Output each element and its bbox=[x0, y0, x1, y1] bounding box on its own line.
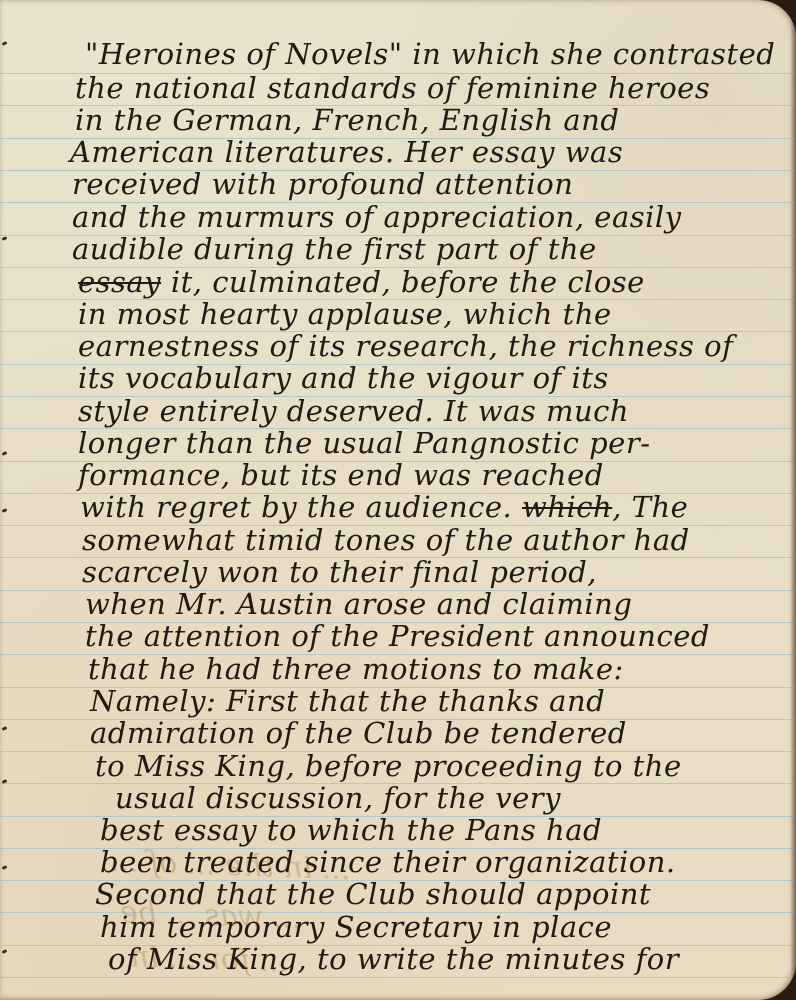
manuscript-line: that he had three motions to make: bbox=[88, 653, 624, 685]
manuscript-line: admiration of the Club be tendered bbox=[90, 717, 627, 749]
margin-ink-mark bbox=[2, 726, 8, 731]
manuscript-line: "Heroines of Novels" in which she contra… bbox=[85, 38, 775, 70]
margin-ink-mark bbox=[2, 41, 8, 46]
margin-ink-mark bbox=[2, 865, 8, 870]
manuscript-line: the attention of the President announced bbox=[85, 620, 710, 652]
struck-word: which bbox=[522, 490, 612, 524]
manuscript-line: its vocabulary and the vigour of its bbox=[78, 362, 609, 394]
manuscript-line: Namely: First that the thanks and bbox=[90, 685, 605, 717]
manuscript-line: to Miss King, before proceeding to the bbox=[95, 750, 682, 782]
manuscript-line: Second that the Club should appoint bbox=[95, 878, 651, 910]
manuscript-line: received with profound attention bbox=[72, 168, 573, 200]
struck-word: essay bbox=[78, 265, 161, 299]
manuscript-line: style entirely deserved. It was much bbox=[78, 395, 629, 427]
manuscript-line: with regret by the audience. which, The bbox=[80, 491, 688, 523]
manuscript-line: been treated since their organization. bbox=[100, 846, 676, 878]
manuscript-line: formance, but its end was reached bbox=[78, 459, 604, 491]
manuscript-line: scarcely won to their final period, bbox=[82, 556, 597, 588]
margin-ink-mark bbox=[2, 236, 8, 241]
manuscript-line: American literatures. Her essay was bbox=[70, 136, 623, 168]
manuscript-line: the national standards of feminine heroe… bbox=[75, 72, 710, 104]
manuscript-line: of Miss King, to write the minutes for bbox=[108, 943, 679, 975]
manuscript-line: usual discussion, for the very bbox=[115, 782, 561, 814]
manuscript-line: earnestness of its research, the richnes… bbox=[78, 330, 733, 362]
manuscript-line: when Mr. Austin arose and claiming bbox=[85, 588, 632, 620]
manuscript-line: and the murmurs of appreciation, easily bbox=[72, 201, 682, 233]
manuscript-line: best essay to which the Pans had bbox=[100, 814, 602, 846]
manuscript-line: longer than the usual Pangnostic per- bbox=[78, 427, 651, 459]
margin-ink-mark bbox=[2, 451, 8, 456]
page-edge-shadow bbox=[790, 0, 796, 1000]
manuscript-line: audible during the first part of the bbox=[72, 233, 597, 265]
manuscript-line: in most hearty applause, which the bbox=[78, 298, 612, 330]
manuscript-line: essay it, culminated, before the close bbox=[78, 266, 645, 298]
ruled-line bbox=[0, 977, 796, 978]
manuscript-line: somewhat timid tones of the author had bbox=[82, 524, 690, 556]
notebook-page: ... in the ... of ... ... was ... be ...… bbox=[0, 0, 796, 1000]
manuscript-line: him temporary Secretary in place bbox=[100, 911, 612, 943]
margin-ink-mark bbox=[2, 949, 8, 954]
manuscript-line: in the German, French, English and bbox=[75, 104, 619, 136]
margin-ink-mark bbox=[2, 508, 8, 513]
